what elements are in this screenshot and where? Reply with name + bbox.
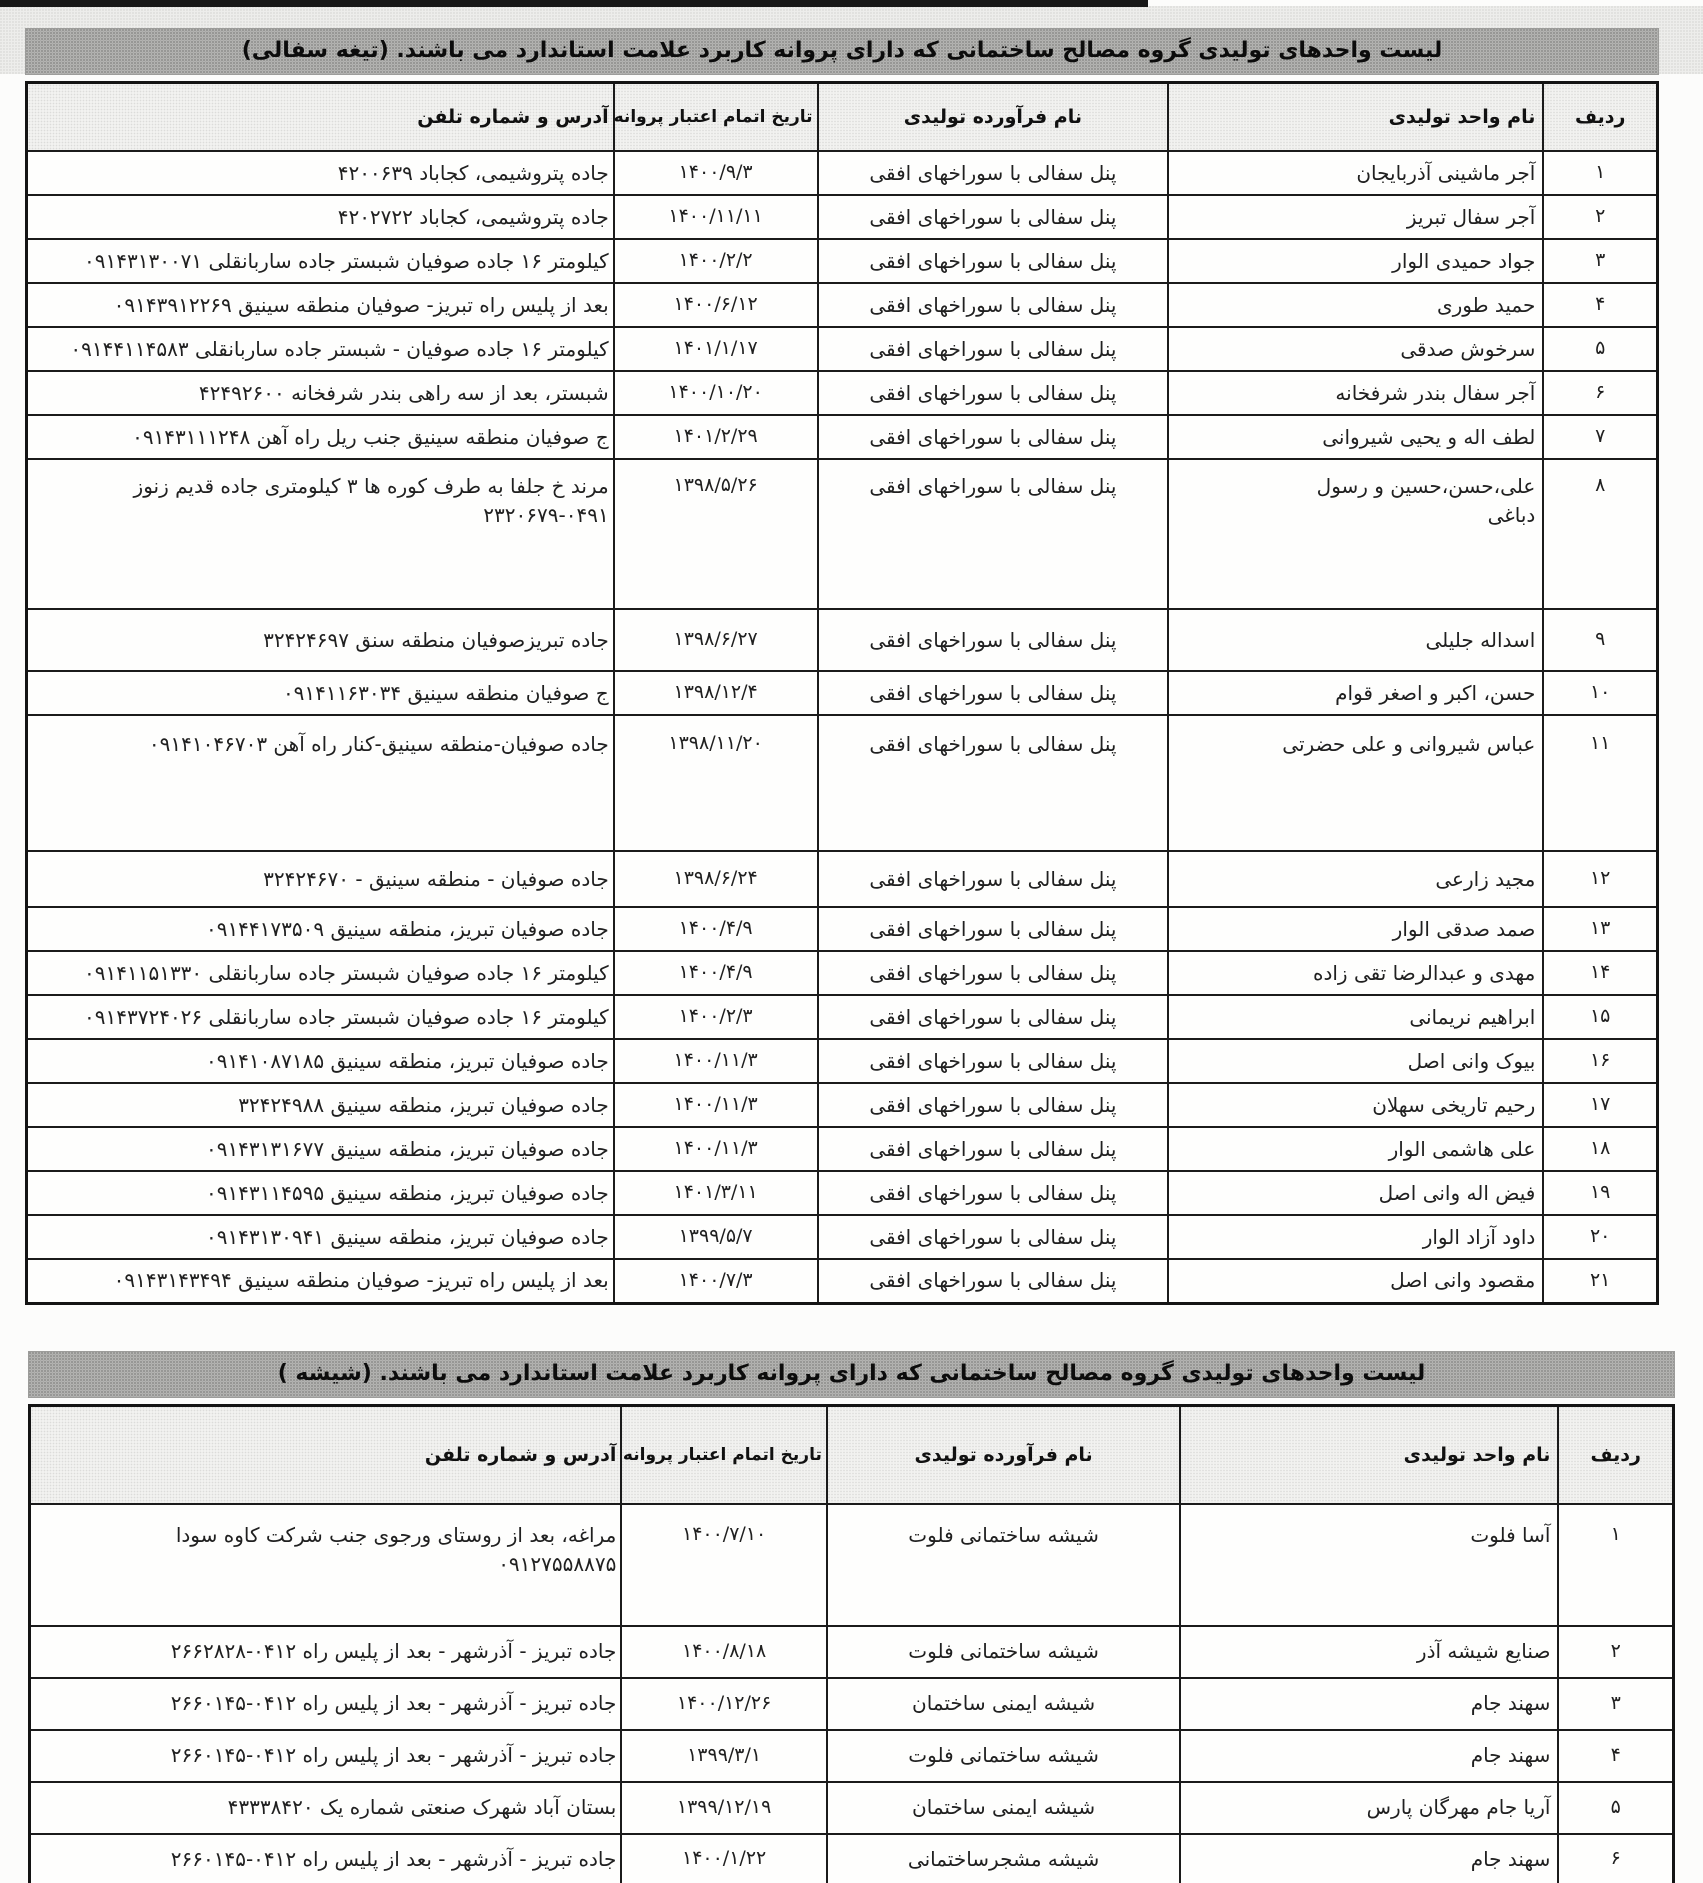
cell-expiry: ۱۴۰۰/۱۱/۳ [614, 1083, 818, 1127]
cell-product: پنل سفالی با سوراخهای افقی [818, 1127, 1169, 1171]
cell-expiry: ۱۴۰۱/۲/۲۹ [614, 415, 818, 459]
table-row: ۱۲مجید زارعیپنل سفالی با سوراخهای افقی۱۳… [27, 851, 1658, 907]
table-row: ۵آریا جام مهرگان پارسشیشه ایمنی ساختمان۱… [30, 1782, 1674, 1834]
table-row: ۱۸علی هاشمی الوارپنل سفالی با سوراخهای ا… [27, 1127, 1658, 1171]
cell-name: مهدی و عبدالرضا تقی زاده [1168, 951, 1543, 995]
cell-address: جاده صوفیان تبریز، منطقه سینیق ۰۹۱۴۳۱۳۱۶… [27, 1127, 614, 1171]
table-row: ۲۱مقصود وانی اصلپنل سفالی با سوراخهای اف… [27, 1259, 1658, 1303]
cell-address: کیلومتر ۱۶ جاده صوفیان شبستر جاده ساربان… [27, 995, 614, 1039]
cell-product: شیشه ساختمانی فلوت [827, 1730, 1180, 1782]
cell-product: پنل سفالی با سوراخهای افقی [818, 715, 1169, 851]
cell-address: جاده تبریز - آذرشهر - بعد از پلیس راه ۰۴… [30, 1626, 622, 1678]
cell-name: داود آزاد الوار [1168, 1215, 1543, 1259]
cell-no: ۴ [1558, 1730, 1673, 1782]
cell-expiry: ۱۳۹۹/۵/۷ [614, 1215, 818, 1259]
table-row: ۳سهند جامشیشه ایمنی ساختمان۱۴۰۰/۱۲/۲۶جاد… [30, 1678, 1674, 1730]
column-header-product-name: نام فرآورده تولیدی [827, 1405, 1180, 1504]
glass-producers-table: ردیف نام واحد تولیدی نام فرآورده تولیدی … [28, 1404, 1675, 1883]
cell-product: شیشه ایمنی ساختمان [827, 1782, 1180, 1834]
column-header-producer-name: نام واحد تولیدی [1168, 83, 1543, 152]
cell-product: پنل سفالی با سوراخهای افقی [818, 1083, 1169, 1127]
cell-name: لطف اله و یحیی شیروانی [1168, 415, 1543, 459]
cell-no: ۱۲ [1543, 851, 1657, 907]
cell-product: شیشه مشجرساختمانی [827, 1834, 1180, 1883]
cell-address: ج صوفیان منطقه سینیق جنب ریل راه آهن ۰۹۱… [27, 415, 614, 459]
table-row: ۷لطف اله و یحیی شیروانیپنل سفالی با سورا… [27, 415, 1658, 459]
header-row: ردیف نام واحد تولیدی نام فرآورده تولیدی … [27, 83, 1658, 152]
cell-name: رحیم تاریخی سهلان [1168, 1083, 1543, 1127]
cell-product: پنل سفالی با سوراخهای افقی [818, 907, 1169, 951]
cell-expiry: ۱۳۹۸/۵/۲۶ [614, 459, 818, 609]
cell-address: جاده تبریزصوفیان منطقه سنق ۳۲۴۲۴۶۹۷ [27, 609, 614, 671]
cell-address: کیلومتر ۱۶ جاده صوفیان - شبستر جاده سارب… [27, 327, 614, 371]
table-header: ردیف نام واحد تولیدی نام فرآورده تولیدی … [27, 83, 1658, 152]
cell-name: مجید زارعی [1168, 851, 1543, 907]
cell-no: ۱۸ [1543, 1127, 1657, 1171]
cell-address: بعد از پلیس راه تبریز- صوفیان منطقه سینی… [27, 283, 614, 327]
cell-name: جواد حمیدی الوار [1168, 239, 1543, 283]
cell-expiry: ۱۴۰۰/۱۲/۲۶ [621, 1678, 827, 1730]
cell-no: ۱ [1543, 151, 1657, 195]
table-row: ۵سرخوش صدقیپنل سفالی با سوراخهای افقی۱۴۰… [27, 327, 1658, 371]
scan-edge-artifact [0, 0, 1148, 7]
cell-no: ۱۵ [1543, 995, 1657, 1039]
cell-address: جاده پتروشیمی، کجاباد ۴۲۰۲۷۲۲ [27, 195, 614, 239]
cell-name: آسا فلوت [1180, 1504, 1558, 1626]
cell-product: شیشه ایمنی ساختمان [827, 1678, 1180, 1730]
cell-address: جاده صوفیان تبریز، منطقه سینیق ۳۲۴۲۴۹۸۸ [27, 1083, 614, 1127]
cell-name: آجر سفال بندر شرفخانه [1168, 371, 1543, 415]
cell-no: ۹ [1543, 609, 1657, 671]
cell-expiry: ۱۳۹۸/۶/۲۴ [614, 851, 818, 907]
cell-product: پنل سفالی با سوراخهای افقی [818, 609, 1169, 671]
cell-expiry: ۱۴۰۰/۱۱/۱۱ [614, 195, 818, 239]
cell-name: صمد صدقی الوار [1168, 907, 1543, 951]
column-header-row-number: ردیف [1543, 83, 1657, 152]
header-row: ردیف نام واحد تولیدی نام فرآورده تولیدی … [30, 1405, 1674, 1504]
cell-no: ۲۱ [1543, 1259, 1657, 1303]
cell-name: آجر سفال تبریز [1168, 195, 1543, 239]
cell-expiry: ۱۴۰۰/۶/۱۲ [614, 283, 818, 327]
table-row: ۱۱عباس شیروانی و علی حضرتیپنل سفالی با س… [27, 715, 1658, 851]
cell-product: پنل سفالی با سوراخهای افقی [818, 195, 1169, 239]
cell-expiry: ۱۳۹۸/۶/۲۷ [614, 609, 818, 671]
cell-address: کیلومتر ۱۶ جاده صوفیان شبستر جاده ساربان… [27, 951, 614, 995]
cell-no: ۱۶ [1543, 1039, 1657, 1083]
clay-tile-table-title: لیست واحدهای تولیدی گروه مصالح ساختمانی … [25, 28, 1659, 75]
cell-no: ۲ [1558, 1626, 1673, 1678]
cell-no: ۱ [1558, 1504, 1673, 1626]
cell-address: جاده صوفیان تبریز، منطقه سینیق ۰۹۱۴۱۰۸۷۱… [27, 1039, 614, 1083]
column-header-address-phone: آدرس و شماره تلفن [30, 1405, 622, 1504]
cell-product: پنل سفالی با سوراخهای افقی [818, 327, 1169, 371]
cell-address: کیلومتر ۱۶ جاده صوفیان شبستر جاده ساربان… [27, 239, 614, 283]
cell-no: ۸ [1543, 459, 1657, 609]
table-row: ۴حمید طوریپنل سفالی با سوراخهای افقی۱۴۰۰… [27, 283, 1658, 327]
table-header: ردیف نام واحد تولیدی نام فرآورده تولیدی … [30, 1405, 1674, 1504]
cell-expiry: ۱۴۰۰/۷/۱۰ [621, 1504, 827, 1626]
cell-product: پنل سفالی با سوراخهای افقی [818, 1259, 1169, 1303]
cell-product: پنل سفالی با سوراخهای افقی [818, 239, 1169, 283]
scanned-document-page: لیست واحدهای تولیدی گروه مصالح ساختمانی … [0, 0, 1703, 1883]
column-header-product-name: نام فرآورده تولیدی [818, 83, 1169, 152]
cell-no: ۴ [1543, 283, 1657, 327]
cell-name: آریا جام مهرگان پارس [1180, 1782, 1558, 1834]
cell-address: جاده صوفیان - منطقه سینیق - ۳۲۴۲۴۶۷۰ [27, 851, 614, 907]
cell-expiry: ۱۴۰۰/۴/۹ [614, 951, 818, 995]
cell-expiry: ۱۴۰۰/۷/۳ [614, 1259, 818, 1303]
cell-no: ۳ [1558, 1678, 1673, 1730]
column-header-license-expiry: تاریخ اتمام اعتبار پروانه [614, 83, 818, 152]
table-row: ۱۴مهدی و عبدالرضا تقی زادهپنل سفالی با س… [27, 951, 1658, 995]
table-row: ۱۹فیض اله وانی اصلپنل سفالی با سوراخهای … [27, 1171, 1658, 1215]
table-row: ۱۳صمد صدقی الوارپنل سفالی با سوراخهای اف… [27, 907, 1658, 951]
cell-product: پنل سفالی با سوراخهای افقی [818, 459, 1169, 609]
table-row: ۱آجر ماشینی آذربایجانپنل سفالی با سوراخه… [27, 151, 1658, 195]
column-header-license-expiry: تاریخ اتمام اعتبار پروانه [621, 1405, 827, 1504]
table-row: ۴سهند جامشیشه ساختمانی فلوت۱۳۹۹/۳/۱جاده … [30, 1730, 1674, 1782]
cell-product: پنل سفالی با سوراخهای افقی [818, 851, 1169, 907]
cell-product: پنل سفالی با سوراخهای افقی [818, 415, 1169, 459]
cell-expiry: ۱۴۰۱/۱/۱۷ [614, 327, 818, 371]
cell-no: ۱۰ [1543, 671, 1657, 715]
cell-name: حمید طوری [1168, 283, 1543, 327]
cell-expiry: ۱۴۰۰/۱/۲۲ [621, 1834, 827, 1883]
cell-product: پنل سفالی با سوراخهای افقی [818, 151, 1169, 195]
cell-address: ج صوفیان منطقه سینیق ۰۹۱۴۱۱۶۳۰۳۴ [27, 671, 614, 715]
table-body: ۱آجر ماشینی آذربایجانپنل سفالی با سوراخه… [27, 151, 1658, 1303]
cell-no: ۱۳ [1543, 907, 1657, 951]
cell-no: ۱۹ [1543, 1171, 1657, 1215]
cell-no: ۶ [1558, 1834, 1673, 1883]
cell-address: بعد از پلیس راه تبریز- صوفیان منطقه سینی… [27, 1259, 614, 1303]
cell-address: بستان آباد شهرک صنعتی شماره یک ۴۳۳۳۸۴۲۰ [30, 1782, 622, 1834]
cell-name: آجر ماشینی آذربایجان [1168, 151, 1543, 195]
cell-name: صنایع شیشه آذر [1180, 1626, 1558, 1678]
cell-name: مقصود وانی اصل [1168, 1259, 1543, 1303]
cell-address: جاده پتروشیمی، کجاباد ۴۲۰۰۶۳۹ [27, 151, 614, 195]
cell-no: ۲۰ [1543, 1215, 1657, 1259]
table-body: ۱آسا فلوتشیشه ساختمانی فلوت۱۴۰۰/۷/۱۰مراغ… [30, 1504, 1674, 1883]
cell-expiry: ۱۳۹۹/۳/۱ [621, 1730, 827, 1782]
table-row: ۱۶بیوک وانی اصلپنل سفالی با سوراخهای افق… [27, 1039, 1658, 1083]
cell-address: جاده صوفیان-منطقه سینیق-کنار راه آهن ۰۹۱… [27, 715, 614, 851]
cell-address: جاده صوفیان تبریز، منطقه سینیق ۰۹۱۴۳۱۱۴۵… [27, 1171, 614, 1215]
table-row: ۱آسا فلوتشیشه ساختمانی فلوت۱۴۰۰/۷/۱۰مراغ… [30, 1504, 1674, 1626]
cell-expiry: ۱۳۹۸/۱۲/۴ [614, 671, 818, 715]
cell-product: پنل سفالی با سوراخهای افقی [818, 283, 1169, 327]
cell-product: پنل سفالی با سوراخهای افقی [818, 1171, 1169, 1215]
cell-name: علی هاشمی الوار [1168, 1127, 1543, 1171]
table-row: ۱۷رحیم تاریخی سهلانپنل سفالی با سوراخهای… [27, 1083, 1658, 1127]
cell-product: پنل سفالی با سوراخهای افقی [818, 371, 1169, 415]
cell-product: پنل سفالی با سوراخهای افقی [818, 995, 1169, 1039]
table-row: ۱۵ابراهیم نریمانیپنل سفالی با سوراخهای ا… [27, 995, 1658, 1039]
column-header-row-number: ردیف [1558, 1405, 1673, 1504]
cell-product: شیشه ساختمانی فلوت [827, 1504, 1180, 1626]
cell-name: فیض اله وانی اصل [1168, 1171, 1543, 1215]
cell-product: پنل سفالی با سوراخهای افقی [818, 1039, 1169, 1083]
cell-no: ۵ [1543, 327, 1657, 371]
cell-no: ۱۷ [1543, 1083, 1657, 1127]
cell-expiry: ۱۳۹۸/۱۱/۲۰ [614, 715, 818, 851]
cell-no: ۶ [1543, 371, 1657, 415]
cell-expiry: ۱۴۰۰/۸/۱۸ [621, 1626, 827, 1678]
cell-address: جاده تبریز - آذرشهر - بعد از پلیس راه ۰۴… [30, 1730, 622, 1782]
table-row: ۲آجر سفال تبریزپنل سفالی با سوراخهای افق… [27, 195, 1658, 239]
cell-expiry: ۱۴۰۰/۴/۹ [614, 907, 818, 951]
table-row: ۹اسداله جلیلیپنل سفالی با سوراخهای افقی۱… [27, 609, 1658, 671]
cell-name: حسن، اکبر و اصغر قوام [1168, 671, 1543, 715]
table-row: ۲صنایع شیشه آذرشیشه ساختمانی فلوت۱۴۰۰/۸/… [30, 1626, 1674, 1678]
cell-expiry: ۱۴۰۱/۳/۱۱ [614, 1171, 818, 1215]
cell-expiry: ۱۴۰۰/۲/۲ [614, 239, 818, 283]
cell-name: ابراهیم نریمانی [1168, 995, 1543, 1039]
table-row: ۸علی،حسن،حسین و رسول دباغیپنل سفالی با س… [27, 459, 1658, 609]
clay-tile-producers-table: ردیف نام واحد تولیدی نام فرآورده تولیدی … [25, 81, 1659, 1305]
cell-expiry: ۱۴۰۰/۱۱/۳ [614, 1127, 818, 1171]
table-row: ۳جواد حمیدی الوارپنل سفالی با سوراخهای ا… [27, 239, 1658, 283]
cell-name: سهند جام [1180, 1834, 1558, 1883]
cell-no: ۵ [1558, 1782, 1673, 1834]
table-row: ۶آجر سفال بندر شرفخانهپنل سفالی با سوراخ… [27, 371, 1658, 415]
cell-name: سرخوش صدقی [1168, 327, 1543, 371]
table-row: ۱۰حسن، اکبر و اصغر قوامپنل سفالی با سورا… [27, 671, 1658, 715]
cell-expiry: ۱۴۰۰/۱۰/۲۰ [614, 371, 818, 415]
cell-name: سهند جام [1180, 1678, 1558, 1730]
clay-tile-table-section: لیست واحدهای تولیدی گروه مصالح ساختمانی … [25, 28, 1659, 1305]
cell-address: جاده تبریز - آذرشهر - بعد از پلیس راه ۰۴… [30, 1834, 622, 1883]
cell-name: عباس شیروانی و علی حضرتی [1168, 715, 1543, 851]
glass-table-section: لیست واحدهای تولیدی گروه مصالح ساختمانی … [28, 1351, 1675, 1883]
cell-product: شیشه ساختمانی فلوت [827, 1626, 1180, 1678]
cell-address: مراغه، بعد از روستای ورجوی جنب شرکت کاوه… [30, 1504, 622, 1626]
cell-product: پنل سفالی با سوراخهای افقی [818, 671, 1169, 715]
table-row: ۶سهند جامشیشه مشجرساختمانی۱۴۰۰/۱/۲۲جاده … [30, 1834, 1674, 1883]
cell-name: سهند جام [1180, 1730, 1558, 1782]
cell-expiry: ۱۳۹۹/۱۲/۱۹ [621, 1782, 827, 1834]
column-header-address-phone: آدرس و شماره تلفن [27, 83, 614, 152]
cell-product: پنل سفالی با سوراخهای افقی [818, 951, 1169, 995]
glass-table-title: لیست واحدهای تولیدی گروه مصالح ساختمانی … [28, 1351, 1675, 1398]
cell-no: ۳ [1543, 239, 1657, 283]
cell-no: ۲ [1543, 195, 1657, 239]
table-row: ۲۰داود آزاد الوارپنل سفالی با سوراخهای ا… [27, 1215, 1658, 1259]
cell-product: پنل سفالی با سوراخهای افقی [818, 1215, 1169, 1259]
cell-no: ۷ [1543, 415, 1657, 459]
cell-address: جاده صوفیان تبریز، منطقه سینیق ۰۹۱۴۴۱۷۳۵… [27, 907, 614, 951]
cell-name: اسداله جلیلی [1168, 609, 1543, 671]
column-header-producer-name: نام واحد تولیدی [1180, 1405, 1558, 1504]
cell-expiry: ۱۴۰۰/۲/۳ [614, 995, 818, 1039]
cell-no: ۱۴ [1543, 951, 1657, 995]
cell-address: جاده صوفیان تبریز، منطقه سینیق ۰۹۱۴۳۱۳۰۹… [27, 1215, 614, 1259]
cell-address: مرند خ جلفا به طرف کوره ها ۳ کیلومتری جا… [27, 459, 614, 609]
cell-address: جاده تبریز - آذرشهر - بعد از پلیس راه ۰۴… [30, 1678, 622, 1730]
cell-address: شبستر، بعد از سه راهی بندر شرفخانه ۴۲۴۹۲… [27, 371, 614, 415]
cell-expiry: ۱۴۰۰/۱۱/۳ [614, 1039, 818, 1083]
cell-expiry: ۱۴۰۰/۹/۳ [614, 151, 818, 195]
cell-name: بیوک وانی اصل [1168, 1039, 1543, 1083]
cell-name: علی،حسن،حسین و رسول دباغی [1168, 459, 1543, 609]
cell-no: ۱۱ [1543, 715, 1657, 851]
